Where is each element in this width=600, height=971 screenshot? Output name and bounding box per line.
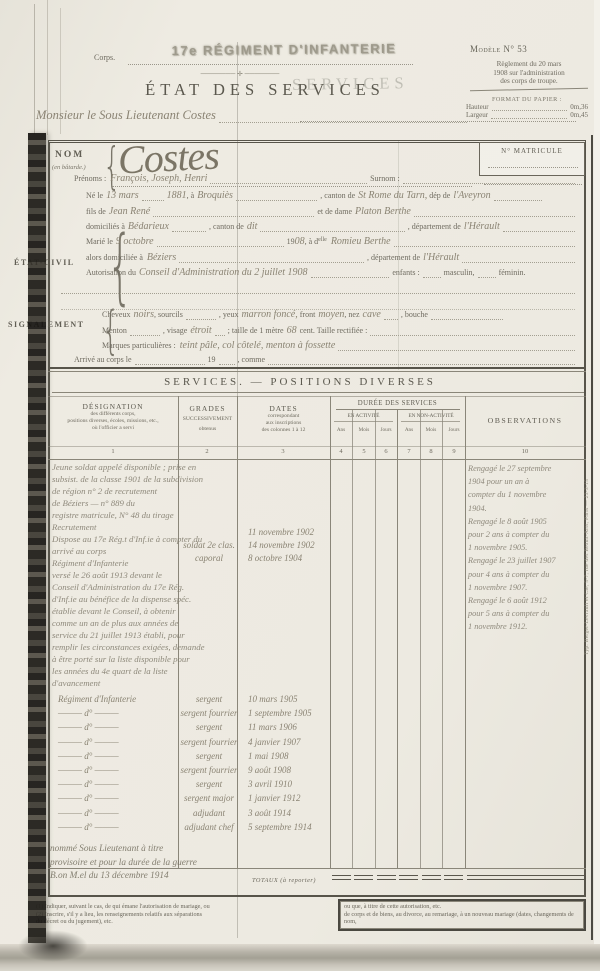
section-rule: [48, 371, 586, 372]
col1-sub: positions diverses, écoles, missions, et…: [50, 418, 176, 425]
reglement-note: Règlement du 20 mars 1908 sur l'administ…: [464, 60, 594, 86]
marriage-row: Marié le 9 octobre 19 08 , à d elle Romi…: [86, 236, 578, 247]
taille-value: 68: [287, 325, 297, 336]
largeur-value: 0m,45: [570, 111, 588, 119]
leader-dots: [491, 112, 567, 119]
handwritten-line: registre matricule, N° 48 du tirage: [52, 509, 180, 521]
marriage-year-prefix: 19: [287, 237, 295, 247]
service-cell: sergent: [178, 722, 240, 732]
services-title-underline: [52, 392, 584, 393]
regiment-stamp: 17e RÉGIMENT D'INFANTERIE: [148, 41, 420, 59]
service-cell: 14 novembre 1902: [240, 540, 340, 550]
autorisation-value: Conseil d'Administration du 2 juillet 19…: [139, 267, 308, 278]
totals-cell: [422, 875, 441, 880]
service-cell: ——— d° ———: [48, 751, 178, 761]
footnotes-left: (1) Indiquer, suivant le cas, de qui éma…: [36, 903, 336, 926]
handwritten-line: Conseil d'Administration du 17e Rég.: [52, 581, 180, 593]
handwritten-line: subsist. de la classe 1901 de la subdivi…: [52, 473, 180, 485]
visage-label: , visage: [163, 326, 187, 336]
birth-row: Né le 13 mars 1881 , à Broquiès , canton…: [86, 190, 578, 201]
arrive-row: Arrivé au corps le 19 , comme: [74, 355, 578, 365]
residence-row: alors domiciliée à Béziers , département…: [86, 252, 578, 263]
leader-dots: [503, 222, 575, 232]
dep-label: dép de: [429, 191, 450, 201]
service-cell: 10 mars 1905: [240, 694, 340, 704]
service-cell: 9 août 1908: [240, 765, 340, 775]
alors-dep-label: , département de: [367, 253, 420, 263]
duree-header: DURÉE DES SERVICES: [330, 400, 465, 407]
service-cell: 11 mars 1906: [240, 722, 340, 732]
leader-dots: [61, 284, 575, 294]
handwritten-line: établie devant le Conseil, à obtenir: [52, 605, 180, 617]
service-cell: soldat 2e clas.: [178, 540, 240, 550]
service-cell: 3 août 1914: [240, 808, 340, 818]
service-row: ——— d° ———adjudant chef5 septembre 1914: [48, 822, 468, 836]
handwritten-line: (2) Inscrire, s'il y a lieu, les renseig…: [36, 911, 336, 919]
birth-year: 1881: [167, 190, 187, 201]
designation-intro-block: Jeune soldat appelé disponible ; prise e…: [52, 461, 180, 689]
handwritten-line: du décret ou du jugement), etc.: [36, 918, 336, 926]
service-cell: 5 septembre 1914: [240, 822, 340, 832]
activite-underline: [334, 421, 393, 422]
col3-title: DATES: [238, 404, 329, 413]
signalement-row-3: Marques particulières : teint pâle, col …: [102, 340, 578, 351]
visage-value: étroit: [190, 325, 211, 336]
service-cell: 11 novembre 1902: [240, 527, 340, 537]
marie-label: Marié le: [86, 237, 113, 247]
handwritten-line: 1 novembre 1907.: [468, 581, 584, 594]
service-row: ——— d° ———sergent11 mars 1906: [48, 722, 468, 736]
handwritten-line: de corps et de biens, au divorce, au rem…: [344, 911, 580, 926]
service-cell: 1 mai 1908: [240, 751, 340, 761]
blank-dotted-row: [58, 284, 578, 294]
column-number: 3: [274, 448, 292, 455]
non-activite-underline: [401, 421, 460, 422]
totals-cell: [399, 875, 418, 880]
alors-dep: l'Hérault: [423, 252, 459, 263]
scan-dark-band: [28, 133, 46, 943]
cheveux-label: Cheveux: [102, 310, 130, 320]
nez-value: cave: [363, 309, 381, 320]
marie-a-label: , à d: [305, 237, 319, 247]
service-cell: 3 avril 1910: [240, 779, 340, 789]
marques-label: Marques particulières :: [102, 341, 176, 351]
totals-cell: [444, 875, 463, 880]
service-cell: sergent fourrier: [178, 765, 240, 775]
format-papier: FORMAT DU PAPIER : Hauteur 0m,36 Largeur…: [466, 96, 588, 119]
totals-cell: [377, 875, 396, 880]
numbers-row-topline: [48, 446, 586, 447]
service-row: ——— d° ———sergent3 avril 1910: [48, 779, 468, 793]
handwritten-line: les années du 4e quart de la liste: [52, 665, 180, 677]
service-cell: sergent: [178, 694, 240, 704]
alors-value: Béziers: [147, 252, 176, 263]
section-rule: [48, 367, 586, 369]
handwritten-line: 1 novembre 1905.: [468, 541, 584, 554]
front-value: moyen: [318, 309, 344, 320]
duree-sublabel: Jours: [443, 427, 465, 433]
handwritten-line: B.on M.el du 13 décembre 1914: [50, 870, 230, 884]
leader-dots: [492, 104, 568, 111]
handwritten-line: Rengagé le 23 juillet 1907: [468, 554, 584, 567]
nom-sublabel: (en bâtarde.): [52, 164, 86, 171]
activite-header: EN ACTIVITÉ: [330, 413, 397, 419]
leader-dots: [414, 207, 575, 217]
service-cell: ——— d° ———: [48, 765, 178, 775]
front-label: front: [300, 310, 316, 320]
leader-dots: [423, 268, 441, 278]
leader-dots: [219, 355, 235, 365]
service-row: soldat 2e clas.14 novembre 1902: [48, 540, 468, 553]
service-row: ——— d° ———sergent major1 janvier 1912: [48, 793, 468, 807]
service-cell: ——— d° ———: [48, 708, 178, 718]
duree-sublabels: AnsMoisJoursAnsMoisJours: [0, 427, 600, 437]
signalement-row-1: Cheveux noirs , sourcils , yeux marron f…: [102, 309, 578, 320]
cheveux-value: noirs: [133, 309, 154, 320]
leader-dots: [462, 253, 575, 263]
column-number: 7: [400, 448, 418, 455]
mere-label: et de dame: [317, 207, 352, 217]
service-cell: sergent major: [178, 793, 240, 803]
leader-dots: [135, 355, 205, 365]
service-rows-early: 11 novembre 1902soldat 2e clas.14 novemb…: [48, 527, 468, 566]
ne-label: Né le: [86, 191, 103, 201]
service-cell: ——— d° ———: [48, 793, 178, 803]
canton-label: , canton de: [320, 191, 355, 201]
authorization-row: Autorisation du Conseil d'Administration…: [86, 267, 578, 278]
leader-dots: [394, 237, 575, 247]
duree-sublabel: Jours: [375, 427, 397, 433]
handwritten-line: pour 4 ans à compter du: [468, 568, 584, 581]
spouse-name: Romieu Berthe: [331, 236, 391, 247]
service-cell: adjudant: [178, 808, 240, 818]
service-cell: 4 janvier 1907: [240, 737, 340, 747]
column-number: 1: [104, 448, 122, 455]
yeux-value: marron foncé,: [241, 309, 297, 320]
scanned-service-record: Corps. 17e RÉGIMENT D'INFANTERIE ───────…: [0, 0, 600, 971]
marie-a-sup: elle: [318, 237, 327, 247]
totals-cell: [467, 875, 584, 880]
matricule-label: N° MATRICULE: [480, 147, 584, 155]
non-activite-header: EN NON-ACTIVITÉ: [397, 413, 465, 419]
leader-dots: [494, 191, 543, 201]
service-cell: ——— d° ———: [48, 737, 178, 747]
handwritten-line: versé le 26 août 1913 devant le: [52, 569, 180, 581]
service-cell: 1 septembre 1905: [240, 708, 340, 718]
leader-dots: [186, 310, 216, 320]
handwritten-line: nommé Sous Lieutenant à titre: [50, 843, 230, 857]
col3-sub: aux inscriptions: [238, 420, 329, 427]
handwritten-line: Jeune soldat appelé disponible ; prise e…: [52, 461, 180, 473]
leader-dots: [311, 268, 390, 278]
table-header-bottomline: [48, 459, 586, 460]
column-number: 9: [445, 448, 463, 455]
parents-row: fils de Jean René et de dame Platon Bert…: [86, 206, 578, 217]
duree-sublabel: Ans: [330, 427, 352, 433]
taille-suffix: cent. Taille rectifiée :: [300, 326, 368, 336]
totals-cell: [354, 875, 373, 880]
footnotes-right-box: ou que, à titre de cette autorisation, e…: [338, 899, 586, 931]
addressee-line: Monsieur le Sous Lieutenant Costes: [36, 108, 470, 123]
service-row: ——— d° ———sergent1 mai 1908: [48, 751, 468, 765]
leader-dots: [157, 237, 284, 247]
leader-dots: [215, 326, 225, 336]
leader-dots: [260, 222, 404, 232]
column-number: 6: [377, 448, 395, 455]
scan-smudge: [18, 930, 88, 962]
service-cell: 1 janvier 1912: [240, 793, 340, 803]
duree-sublabel: Ans: [398, 427, 420, 433]
table-header-topline: [48, 396, 586, 397]
taille-label: ; taille de 1 mètre: [228, 326, 284, 336]
fils-label: fils de: [86, 207, 106, 217]
prenoms-label: Prénoms :: [74, 174, 106, 184]
service-row: ——— d° ———sergent fourrier9 août 1908: [48, 765, 468, 779]
arrive-label: Arrivé au corps le: [74, 355, 132, 365]
signalement-row-2: Menton , visage étroit ; taille de 1 mèt…: [102, 325, 578, 336]
handwritten-line: remplir les circonstances exigées, deman…: [52, 641, 180, 653]
reglement-line: des corps de troupe.: [464, 77, 594, 86]
corps-label: Corps.: [94, 53, 115, 62]
nez-label: , nez: [344, 310, 359, 320]
leader-dots: [403, 174, 575, 184]
handwritten-line: pour 2 ans à compter du: [468, 528, 584, 541]
handwritten-line: d'Inf.ie au bénéfice de la dispense spéc…: [52, 593, 180, 605]
handwritten-line: de région n° 2 de recrutement: [52, 485, 180, 497]
handwritten-line: Rengagé le 6 août 1912: [468, 594, 584, 607]
column-number: 8: [422, 448, 440, 455]
alors-label: alors domiciliée à: [86, 253, 143, 263]
col2-title: GRADES: [179, 404, 236, 413]
marques-value: teint pâle, col côtelé, menton à fossett…: [180, 340, 336, 351]
footnotes-right: ou que, à titre de cette autorisation, e…: [344, 903, 580, 926]
service-rows-grades: Régiment d'Infanteriesergent10 mars 1905…: [48, 694, 468, 836]
sourcils-label: , sourcils: [154, 310, 183, 320]
matricule-box: N° MATRICULE: [479, 142, 585, 176]
leader-dots: [153, 207, 314, 217]
domicile-dep-label: , département de: [408, 222, 461, 232]
handwritten-line: à être porté sur la liste disponible pou…: [52, 653, 180, 665]
scan-right-edge-line: [591, 135, 593, 940]
service-cell: caporal: [178, 553, 240, 563]
designation-closing-block: nommé Sous Lieutenant à titreprovisoire …: [50, 843, 230, 884]
service-cell: adjudant chef: [178, 822, 240, 832]
column-number: 2: [198, 448, 216, 455]
signalement-label: SIGNALEMENT: [8, 320, 85, 329]
service-row: ——— d° ———sergent fourrier4 janvier 1907: [48, 737, 468, 751]
dep-value: l'Aveyron: [453, 190, 490, 201]
handwritten-line: compter du 1 novembre: [468, 488, 584, 501]
printer-imprint: Typ. Berger-Levrault et Cie, 5-7, rue de…: [584, 455, 590, 655]
leader-dots: [179, 253, 364, 263]
scan-fold-line: [34, 4, 35, 134]
leader-dots: [210, 174, 367, 184]
handwritten-line: de Béziers — n° 889 du: [52, 497, 180, 509]
service-cell: sergent fourrier: [178, 737, 240, 747]
father-name: Jean René: [109, 206, 150, 217]
domicile-dep: l'Hérault: [464, 221, 500, 232]
page-title: ÉTAT DES SERVICES: [105, 80, 425, 100]
observations-header: OBSERVATIONS: [466, 416, 584, 425]
matricule-dotted-line: [488, 167, 578, 168]
domicile-row: domiciliés à Bédarieux , canton de dit ,…: [86, 221, 578, 232]
service-cell: Régiment d'Infanterie: [48, 694, 178, 704]
col3-sub: correspondant: [238, 413, 329, 420]
handwritten-line: service du 21 juillet 1913 établi, pour: [52, 629, 180, 641]
leader-dots: [338, 341, 575, 351]
column-numbers: 12345678910: [0, 448, 600, 458]
column-number: 5: [355, 448, 373, 455]
service-cell: 8 octobre 1904: [240, 553, 340, 563]
domicile-value: Bédarieux: [128, 221, 169, 232]
surnom-label: Surnom :: [370, 174, 400, 184]
totals-topline: [48, 868, 586, 869]
menton-label: Menton: [102, 326, 127, 336]
birth-date: 13 mars: [106, 190, 139, 201]
scan-bottom-strip: [0, 944, 600, 971]
observations-block: Rengagé le 27 septembre1904 pour un an à…: [468, 462, 584, 634]
enfants-label: enfants :: [392, 268, 419, 278]
service-cell: sergent: [178, 779, 240, 789]
duree-sublabel: Mois: [420, 427, 442, 433]
scan-right-margin: [594, 0, 600, 971]
service-row: 11 novembre 1902: [48, 527, 468, 540]
leader-dots: [370, 326, 575, 336]
modele-number: Modèle N° 53: [470, 44, 527, 54]
leader-dots: [268, 355, 575, 365]
handwritten-line: pour 5 ans à compter du: [468, 607, 584, 620]
nom-label: NOM: [55, 150, 84, 160]
enfants-masculin: masculin,: [444, 268, 475, 278]
prenoms-row: Prénoms : François, Joseph, Henri Surnom…: [74, 173, 578, 184]
addressee-handwriting: Monsieur le Sous Lieutenant Costes: [36, 108, 216, 123]
col1-title: DÉSIGNATION: [50, 402, 176, 411]
domicile-canton-label: , canton de: [209, 222, 244, 232]
service-row: ——— d° ———adjudant3 août 1914: [48, 808, 468, 822]
bouche-label: , bouche: [401, 310, 428, 320]
col2-sub: SUCCESSIVEMENT: [179, 416, 236, 423]
service-cell: ——— d° ———: [48, 722, 178, 732]
leader-dots: [236, 191, 317, 201]
service-cell: ——— d° ———: [48, 808, 178, 818]
arrive-comme: , comme: [238, 355, 266, 365]
canton-value: St Rome du Tarn,: [358, 190, 427, 201]
corps-dotted-line: [128, 64, 413, 65]
mother-name: Platon Berthe: [355, 206, 411, 217]
leader-dots: [219, 113, 467, 123]
leader-dots: [384, 310, 398, 320]
service-cell: ——— d° ———: [48, 822, 178, 832]
service-cell: sergent fourrier: [178, 708, 240, 718]
domicile-canton: dit: [247, 221, 258, 232]
handwritten-line: 1904.: [468, 502, 584, 515]
leader-dots: [478, 268, 496, 278]
handwritten-line: comme un an de plus aux années de: [52, 617, 180, 629]
handwritten-line: ou que, à titre de cette autorisation, e…: [344, 903, 580, 911]
handwritten-line: Rengagé le 8 août 1905: [468, 515, 584, 528]
totals-label: TOTAUX (à reporter): [238, 877, 330, 884]
autorisation-label: Autorisation du: [86, 268, 136, 278]
handwritten-line: Rengagé le 27 septembre: [468, 462, 584, 475]
birthplace: Broquiès: [197, 190, 233, 201]
leader-dots: [172, 222, 206, 232]
marriage-date: 9 octobre: [116, 236, 154, 247]
col1-sub: des différents corps,: [50, 411, 176, 418]
totals-cell: [332, 875, 351, 880]
etat-civil-label: ÉTAT-CIVIL: [14, 258, 75, 267]
column-number: 10: [516, 448, 534, 455]
service-row: ——— d° ———sergent fourrier1 septembre 19…: [48, 708, 468, 722]
handwritten-line: (1) Indiquer, suivant le cas, de qui éma…: [36, 903, 336, 911]
leader-dots: [431, 310, 503, 320]
column-number: 4: [332, 448, 350, 455]
service-row: Régiment d'Infanteriesergent10 mars 1905: [48, 694, 468, 708]
handwritten-line: d'avancement: [52, 677, 180, 689]
leader-dots: [130, 326, 160, 336]
prenoms-value: François, Joseph, Henri: [110, 173, 207, 184]
services-title: SERVICES. — POSITIONS DIVERSES: [100, 376, 500, 388]
reglement-underline: [470, 88, 588, 91]
service-row: caporal8 octobre 1904: [48, 553, 468, 566]
service-cell: sergent: [178, 751, 240, 761]
format-title: FORMAT DU PAPIER :: [466, 96, 588, 103]
hauteur-value: 0m,36: [570, 103, 588, 111]
handwritten-line: 1904 pour un an à: [468, 475, 584, 488]
reglement-line: Règlement du 20 mars: [464, 60, 594, 69]
service-cell: ——— d° ———: [48, 779, 178, 789]
enfants-feminin: féminin.: [499, 268, 526, 278]
arrive-year: 19: [208, 355, 216, 365]
duree-sublabel: Mois: [353, 427, 375, 433]
leader-dots: [142, 191, 164, 201]
ne-a-label: , à: [187, 191, 195, 201]
handwritten-line: 1 novembre 1912.: [468, 620, 584, 633]
yeux-label: , yeux: [219, 310, 239, 320]
reglement-line: 1908 sur l'administration: [464, 69, 594, 78]
totals-bottomline: [48, 895, 586, 897]
marriage-year: 08: [295, 236, 305, 247]
